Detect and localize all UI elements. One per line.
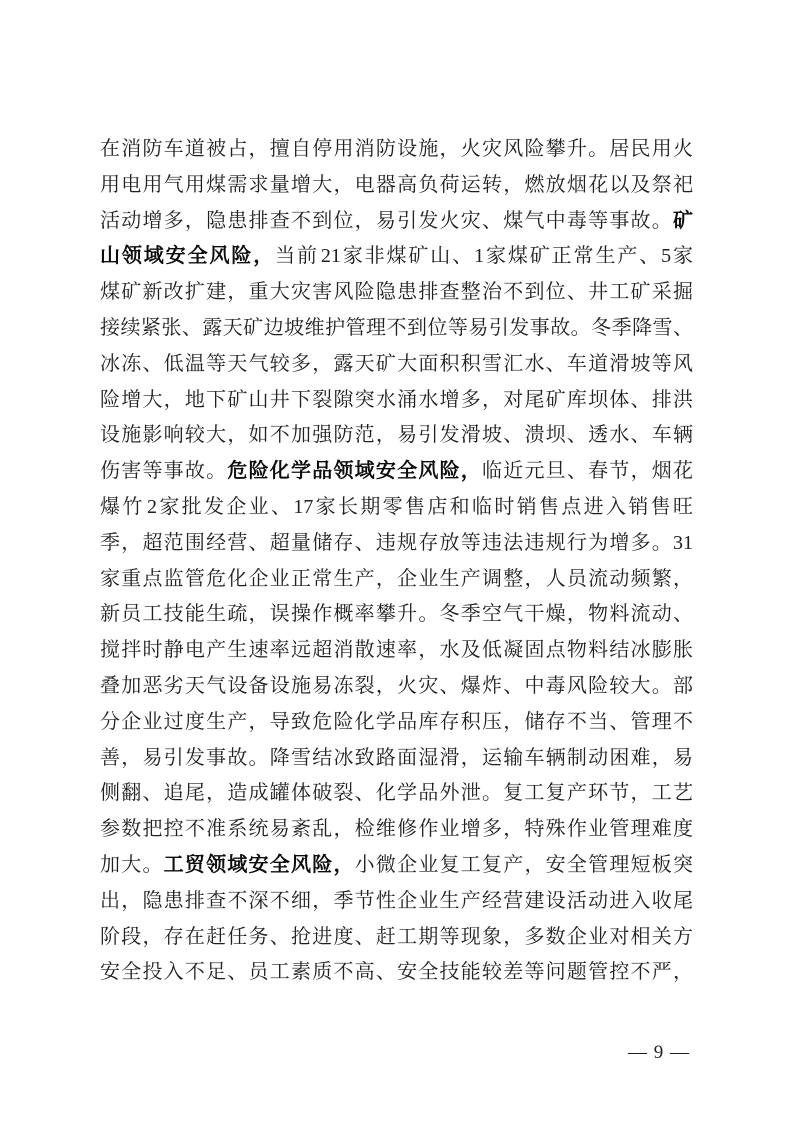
text-line: 加大。工贸领域安全风险，小微企业复工复产，安全管理短板突 [100, 848, 693, 884]
text-line: 家重点监管危化企业正常生产，企业生产调整，人员流动频繁， [100, 562, 693, 598]
text-line: 山领域安全风险，当前 21 家非煤矿山、1 家煤矿正常生产、5 家 [100, 239, 693, 275]
text-run: 冰冻、低温等天气较多，露天矿大面积积雪汇水、车道滑坡等风 [100, 353, 693, 375]
text-run: 家重点监管危化企业正常生产，企业生产调整，人员流动频繁， [100, 568, 693, 590]
text-line: 设施影响较大，如不加强防范，易引发滑坡、溃坝、透水、车辆 [100, 418, 693, 454]
text-line: 煤矿新改扩建，重大灾害风险隐患排查整治不到位、井工矿采掘 [100, 275, 693, 311]
text-run: 参数把控不准系统易紊乱，检维修作业增多，特殊作业管理难度 [100, 818, 693, 840]
text-line: 伤害等事故。危险化学品领域安全风险，临近元旦、春节，烟花 [100, 454, 693, 490]
document-body: 在消防车道被占，擅自停用消防设施，火灾风险攀升。居民用火用电用气用煤需求量增大，… [100, 132, 693, 991]
text-line: 安全投入不足、员工素质不高、安全技能较差等问题管控不严， [100, 955, 693, 991]
text-run: 季，超范围经营、超量储存、违规存放等违法违规行为增多。31 [100, 532, 693, 554]
section-heading: 工贸领域安全风险， [164, 854, 355, 876]
text-run: 设施影响较大，如不加强防范，易引发滑坡、溃坝、透水、车辆 [100, 424, 693, 446]
text-line: 善，易引发事故。降雪结冰致路面湿滑，运输车辆制动困难，易 [100, 741, 693, 777]
text-line: 季，超范围经营、超量储存、违规存放等违法违规行为增多。31 [100, 526, 693, 562]
text-run: 安全投入不足、员工素质不高、安全技能较差等问题管控不严， [100, 961, 693, 983]
text-run: 活动增多，隐患排查不到位，易引发火灾、煤气中毒等事故。 [100, 210, 673, 232]
text-line: 出，隐患排查不深不细，季节性企业生产经营建设活动进入收尾 [100, 884, 693, 920]
text-line: 阶段，存在赶任务、抢进度、赶工期等现象，多数企业对相关方 [100, 920, 693, 956]
text-line: 活动增多，隐患排查不到位，易引发火灾、煤气中毒等事故。矿 [100, 204, 693, 240]
text-line: 爆竹 2 家批发企业、17 家长期零售店和临时销售点进入销售旺 [100, 490, 693, 526]
text-run: 伤害等事故。 [100, 460, 227, 482]
text-run: 叠加恶劣天气设备设施易冻裂，火灾、爆炸、中毒风险较大。部 [100, 675, 693, 697]
text-run: 出，隐患排查不深不细，季节性企业生产经营建设活动进入收尾 [100, 890, 693, 912]
text-run: 新员工技能生疏，误操作概率攀升。冬季空气干燥，物料流动、 [100, 603, 693, 625]
text-line: 新员工技能生疏，误操作概率攀升。冬季空气干燥，物料流动、 [100, 597, 693, 633]
text-run: 险增大，地下矿山井下裂隙突水涌水增多，对尾矿库坝体、排洪 [100, 389, 693, 411]
text-run: 临近元旦、春节，烟花 [482, 460, 693, 482]
text-run: 加大。 [100, 854, 164, 876]
text-line: 侧翻、追尾，造成罐体破裂、化学品外泄。复工复产环节，工艺 [100, 776, 693, 812]
text-line: 险增大，地下矿山井下裂隙突水涌水增多，对尾矿库坝体、排洪 [100, 383, 693, 419]
text-run: 搅拌时静电产生速率远超消散速率，水及低凝固点物料结冰膨胀 [100, 639, 693, 661]
text-line: 用电用气用煤需求量增大，电器高负荷运转，燃放烟花以及祭祀 [100, 168, 693, 204]
text-line: 参数把控不准系统易紊乱，检维修作业增多，特殊作业管理难度 [100, 812, 693, 848]
text-run: 接续紧张、露天矿边坡维护管理不到位等易引发事故。冬季降雪、 [100, 317, 693, 339]
text-run: 善，易引发事故。降雪结冰致路面湿滑，运输车辆制动困难，易 [100, 747, 693, 769]
text-line: 分企业过度生产，导致危险化学品库存积压，储存不当、管理不 [100, 705, 693, 741]
section-heading: 矿 [673, 210, 693, 232]
text-run: 在消防车道被占，擅自停用消防设施，火灾风险攀升。居民用火 [100, 138, 693, 160]
text-line: 接续紧张、露天矿边坡维护管理不到位等易引发事故。冬季降雪、 [100, 311, 693, 347]
text-line: 冰冻、低温等天气较多，露天矿大面积积雪汇水、车道滑坡等风 [100, 347, 693, 383]
section-heading: 危险化学品领域安全风险， [227, 460, 482, 482]
text-run: 当前 21 家非煤矿山、1 家煤矿正常生产、5 家 [275, 245, 693, 267]
text-run: 分企业过度生产，导致危险化学品库存积压，储存不当、管理不 [100, 711, 693, 733]
text-run: 用电用气用煤需求量增大，电器高负荷运转，燃放烟花以及祭祀 [100, 174, 693, 196]
text-line: 叠加恶劣天气设备设施易冻裂，火灾、爆炸、中毒风险较大。部 [100, 669, 693, 705]
text-run: 侧翻、追尾，造成罐体破裂、化学品外泄。复工复产环节，工艺 [100, 782, 693, 804]
text-line: 在消防车道被占，擅自停用消防设施，火灾风险攀升。居民用火 [100, 132, 693, 168]
page-number: — 9 — [628, 1042, 690, 1064]
text-run: 小微企业复工复产，安全管理短板突 [355, 854, 693, 876]
section-heading: 山领域安全风险， [100, 245, 275, 267]
text-run: 爆竹 2 家批发企业、17 家长期零售店和临时销售点进入销售旺 [100, 496, 693, 518]
text-run: 煤矿新改扩建，重大灾害风险隐患排查整治不到位、井工矿采掘 [100, 281, 693, 303]
text-line: 搅拌时静电产生速率远超消散速率，水及低凝固点物料结冰膨胀 [100, 633, 693, 669]
text-run: 阶段，存在赶任务、抢进度、赶工期等现象，多数企业对相关方 [100, 926, 693, 948]
document-page: 在消防车道被占，擅自停用消防设施，火灾风险攀升。居民用火用电用气用煤需求量增大，… [0, 0, 793, 1122]
